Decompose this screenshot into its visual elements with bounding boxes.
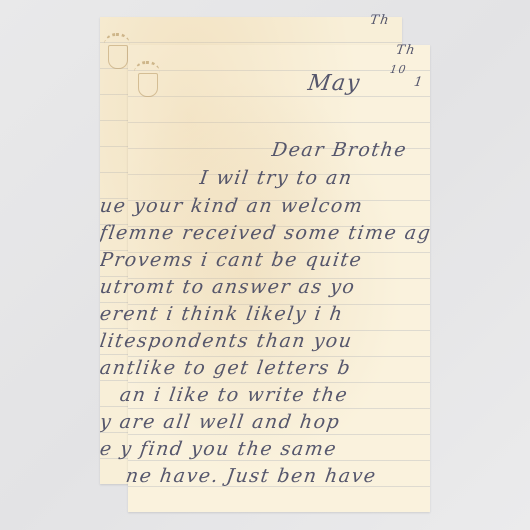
letter-line: Provems i cant be quite bbox=[100, 249, 364, 271]
letter-line: an i like to write the bbox=[118, 384, 349, 406]
letter-line: I wil try to an bbox=[198, 167, 354, 189]
letter-line: utromt to answer as yo bbox=[100, 276, 357, 298]
letter-line: ue your kind an welcom bbox=[100, 195, 365, 217]
letter-line: e y find you the same bbox=[100, 438, 339, 460]
letter-line: flemne received some time ag bbox=[100, 222, 430, 244]
letter-text: Dear Brothe I wil try to an ue your kind… bbox=[100, 17, 430, 512]
letter-line: ne have. Just ben have bbox=[124, 465, 378, 487]
letter-line: erent i think likely i h bbox=[100, 303, 345, 325]
letter-line: y are all well and hop bbox=[100, 411, 342, 433]
salutation: Dear Brothe bbox=[270, 139, 408, 161]
letter-line: antlike to get letters b bbox=[100, 357, 353, 379]
letter-line: litespondents than you bbox=[100, 330, 354, 352]
